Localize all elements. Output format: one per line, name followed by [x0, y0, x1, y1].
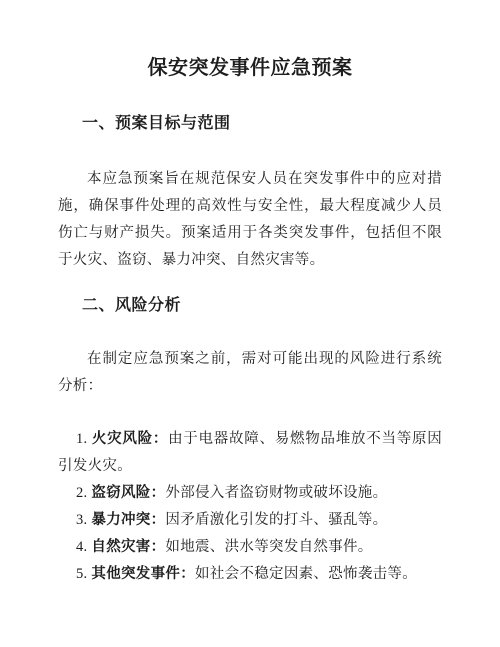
- risk-item-number: 2.: [76, 485, 91, 501]
- risk-list: 1. 火灾风险：由于电器故障、易燃物品堆放不当等原因引发火灾。 2. 盗窃风险：…: [58, 426, 442, 588]
- section-1-paragraph: 本应急预案旨在规范保安人员在突发事件中的应对措施，确保事件处理的高效性与安全性，…: [58, 166, 442, 274]
- risk-item-number: 1.: [76, 431, 92, 447]
- risk-item-term: 暴力冲突：: [91, 512, 165, 528]
- risk-item-description: 因矛盾激化引发的打斗、骚乱等。: [165, 512, 387, 528]
- section-2-paragraph: 在制定应急预案之前，需对可能出现的风险进行系统分析：: [58, 346, 442, 400]
- section-heading-1: 一、预案目标与范围: [58, 112, 442, 136]
- risk-list-item-other: 5. 其他突发事件：如社会不稳定因素、恐怖袭击等。: [58, 561, 442, 588]
- risk-item-description: 外部侵入者盗窃财物或破坏设施。: [165, 485, 387, 501]
- risk-list-item-fire: 1. 火灾风险：由于电器故障、易燃物品堆放不当等原因引发火灾。: [58, 426, 442, 480]
- risk-item-term: 盗窃风险：: [91, 485, 165, 501]
- risk-item-number: 5.: [76, 566, 91, 582]
- section-heading-2: 二、风险分析: [58, 294, 442, 318]
- risk-item-description: 如地震、洪水等突发自然事件。: [165, 539, 372, 555]
- risk-item-number: 4.: [76, 539, 91, 555]
- risk-item-term: 自然灾害：: [91, 539, 165, 555]
- risk-item-term: 火灾风险：: [92, 431, 168, 447]
- risk-list-item-violence: 3. 暴力冲突：因矛盾激化引发的打斗、骚乱等。: [58, 507, 442, 534]
- risk-list-item-theft: 2. 盗窃风险：外部侵入者盗窃财物或破坏设施。: [58, 480, 442, 507]
- risk-item-term: 其他突发事件：: [91, 566, 195, 582]
- document-title: 保安突发事件应急预案: [58, 54, 442, 82]
- document-page: 保安突发事件应急预案 一、预案目标与范围 本应急预案旨在规范保安人员在突发事件中…: [0, 0, 500, 647]
- risk-item-number: 3.: [76, 512, 91, 528]
- risk-list-item-disaster: 4. 自然灾害：如地震、洪水等突发自然事件。: [58, 534, 442, 561]
- risk-item-description: 如社会不稳定因素、恐怖袭击等。: [195, 566, 417, 582]
